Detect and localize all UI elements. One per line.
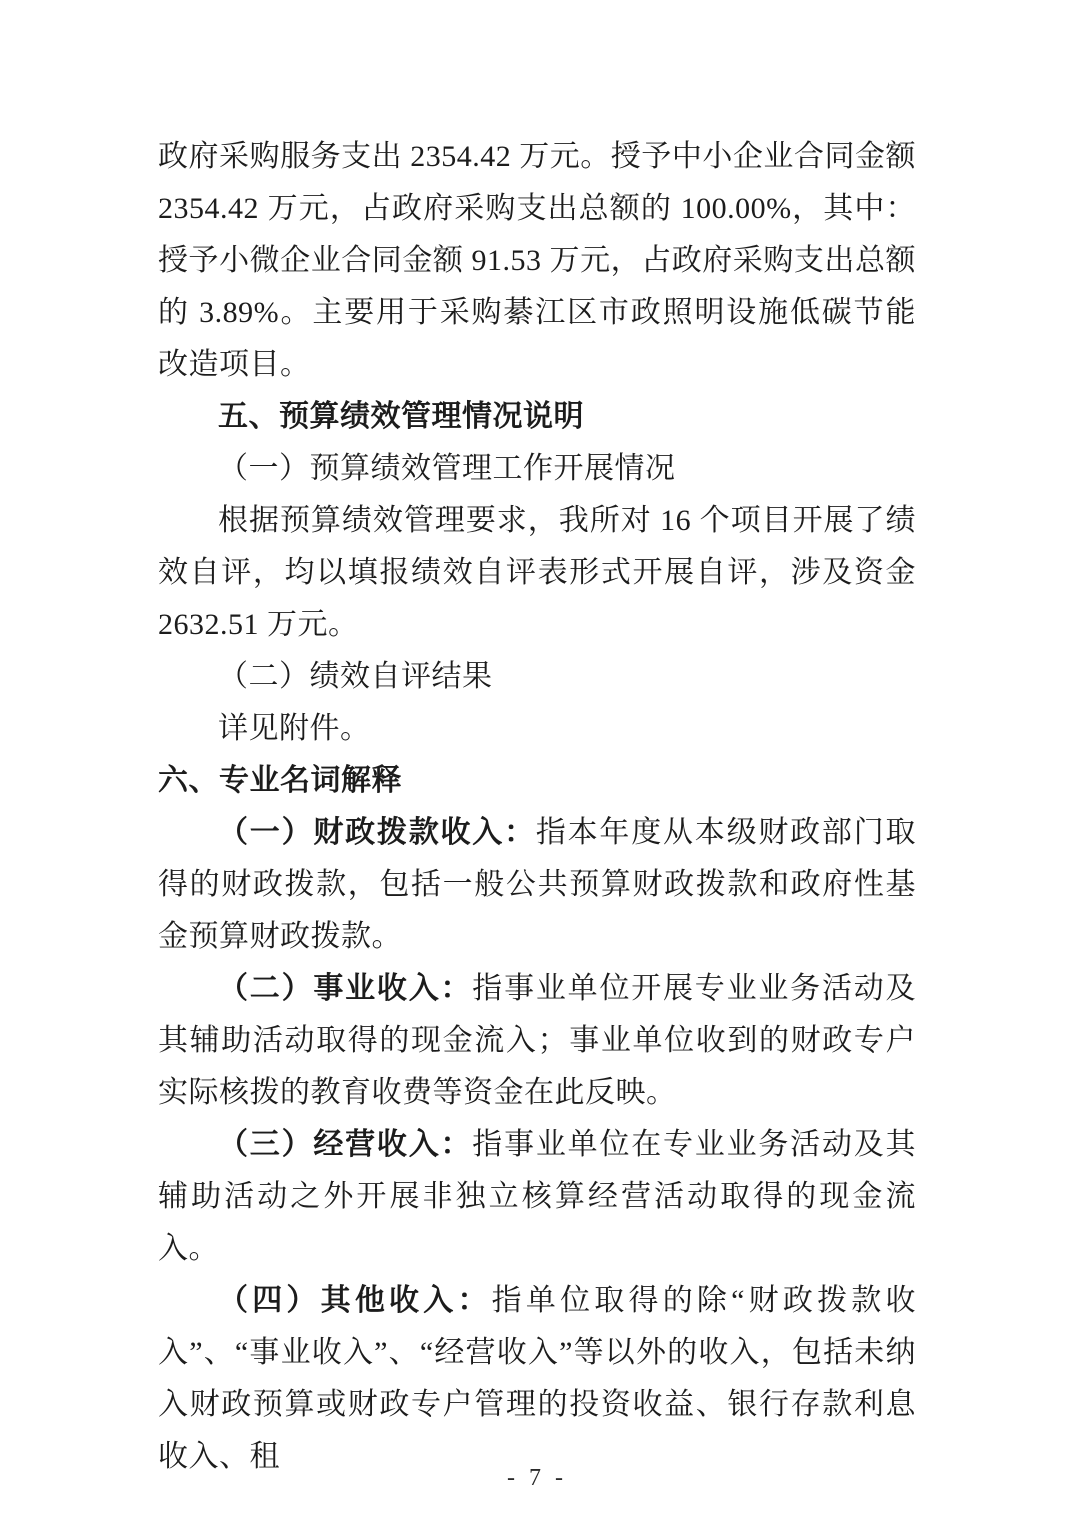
- paragraph-term-operating-income: （三）经营收入：指事业单位在专业业务活动及其辅助活动之外开展非独立核算经营活动取…: [158, 1119, 916, 1275]
- page-number: - 7 -: [507, 1465, 567, 1491]
- subheading-evaluation-results: （二）绩效自评结果: [158, 651, 916, 703]
- paragraph-term-other-income: （四）其他收入：指单位取得的除“财政拨款收入”、“事业收入”、“经营收入”等以外…: [158, 1275, 916, 1483]
- document-page: 政府采购服务支出 2354.42 万元。授予中小企业合同金额 2354.42 万…: [0, 0, 1074, 1520]
- term-label-other-income: （四）其他收入：: [218, 1284, 492, 1317]
- paragraph-self-evaluation: 根据预算绩效管理要求，我所对 16 个项目开展了绩效自评，均以填报绩效自评表形式…: [158, 495, 916, 651]
- section-heading-five-budget-performance: 五、预算绩效管理情况说明: [158, 391, 916, 443]
- paragraph-term-institutional-income: （二）事业收入：指事业单位开展专业业务活动及其辅助活动取得的现金流入；事业单位收…: [158, 963, 916, 1119]
- document-body: 政府采购服务支出 2354.42 万元。授予中小企业合同金额 2354.42 万…: [158, 131, 916, 1483]
- paragraph-government-procurement: 政府采购服务支出 2354.42 万元。授予中小企业合同金额 2354.42 万…: [158, 131, 916, 391]
- page-footer: - 7 -: [0, 1465, 1074, 1492]
- section-heading-six-terminology: 六、专业名词解释: [158, 755, 916, 807]
- paragraph-see-attachment: 详见附件。: [158, 703, 916, 755]
- term-label-fiscal-appropriation: （一）财政拨款收入：: [218, 816, 536, 849]
- term-label-operating-income: （三）经营收入：: [218, 1128, 472, 1161]
- term-label-institutional-income: （二）事业收入：: [218, 972, 472, 1005]
- paragraph-term-fiscal-appropriation: （一）财政拨款收入：指本年度从本级财政部门取得的财政拨款，包括一般公共预算财政拨…: [158, 807, 916, 963]
- subheading-performance-work: （一）预算绩效管理工作开展情况: [158, 443, 916, 495]
